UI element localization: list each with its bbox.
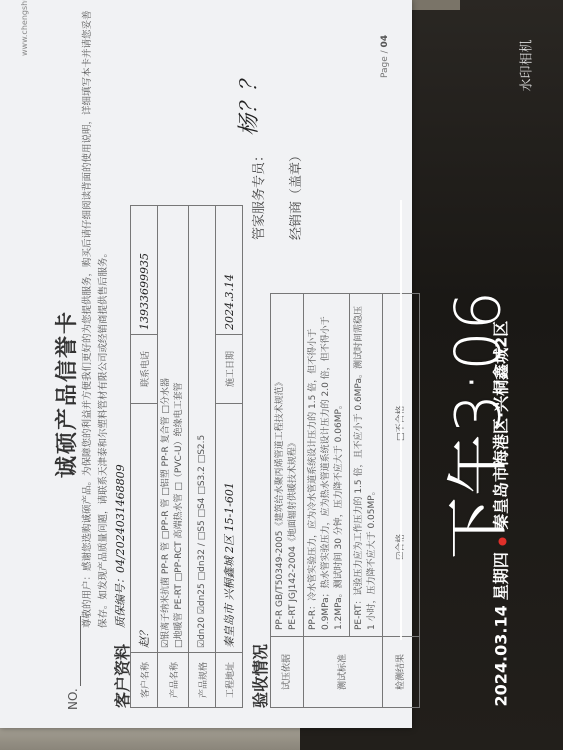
page-number-value: 04 (380, 35, 390, 48)
spec-label: 产品规格 (189, 653, 216, 708)
warranty-card: www.chengshuo.com NO. 诚硕产品信誉卡 尊敬的用户：感谢您选… (0, 0, 412, 728)
manager-label: 管家服务专员： (248, 149, 267, 240)
date-label: 施工日期 (216, 335, 243, 404)
doc-number-label: NO. (66, 688, 80, 710)
basis-label: 试压依据 (271, 637, 304, 708)
document-title: 诚硕产品信誉卡 (50, 310, 81, 478)
product-name-label: 产品名称 (158, 653, 189, 708)
page-number: Page / 04 (380, 35, 390, 78)
intro-text: 尊敬的用户：感谢您选购诚硕产品。为保障您的利益并方便我们更好的为您提供服务，购买… (80, 8, 112, 628)
standard-text-2: PE-RT：试验压力应为工作压力的 1.5 倍，且不应小于 0.6MPa。测试时… (350, 294, 383, 637)
address-value: 秦皇岛市 兴桐鑫城 2区 15-1-601 (216, 404, 243, 653)
warranty-number-handwritten: 质保编号：04/2024031468809 (112, 464, 128, 628)
watermark-date: 2024.03.14 (492, 605, 511, 706)
phone-label: 联系电话 (131, 335, 158, 404)
address-label: 工程地址 (216, 653, 243, 708)
product-options-line2: □地暖管 PE-RT □PP-RCT 高端热水管 □（PVC-U）绝缘电工套管 (173, 210, 186, 648)
watermark-weekday: 星期四 (492, 552, 511, 600)
date-value: 2024.3.14 (216, 206, 243, 335)
standard-label: 测试标准 (304, 637, 383, 708)
phone-value: 13933699935 (131, 206, 158, 335)
acceptance-section-heading: 验收情况 (248, 644, 271, 708)
dealer-stamp-label: 经销商（盖章） (285, 149, 304, 240)
page-label: Page / (380, 50, 390, 78)
basis-text-1: PP-R GB/T50349-2005《建筑给水聚丙烯管道工程技术规范》 (274, 300, 287, 630)
basis-text-2: PE-RT JGJ142-2004《地面辐射供暖技术规程》 (287, 300, 300, 630)
standard-text-1: PP-R：冷水管实验压力，应为冷水管道系统设计压力的 1.5 倍，但不得小于 0… (304, 294, 350, 637)
manager-signature: 杨？？ (232, 70, 263, 136)
watermark-location: 秦皇岛市海港区·兴桐鑫城2区 (492, 321, 511, 530)
watermark-brand: 水印相机 (500, 20, 550, 110)
watermark-date-location: 2024.03.14 星期四 秦皇岛市海港区·兴桐鑫城2区 (470, 150, 530, 710)
customer-name-value: 赵？ (131, 404, 158, 653)
result-label: 检测结果 (383, 637, 420, 708)
customer-table: 客户名称 赵？ 联系电话 13933699935 产品名称 ☑银离子纳米抗菌 P… (130, 205, 243, 708)
spec-options: ☑dn20 ☑dn25 □dn32 / □S5 □S4 □S3.2 □S2.5 (189, 206, 216, 653)
customer-name-label: 客户名称 (131, 653, 158, 708)
watermark-brand-text: 水印相机 (516, 21, 535, 111)
background-concrete-bottom (0, 728, 300, 750)
website-url: www.chengshuo.com (20, 0, 29, 56)
product-options-line1: ☑银离子纳米抗菌 PP-R 管 □PP-R 管 □铝塑 PP-R 复合管 □分水… (160, 210, 173, 648)
location-pin-icon (498, 537, 506, 545)
